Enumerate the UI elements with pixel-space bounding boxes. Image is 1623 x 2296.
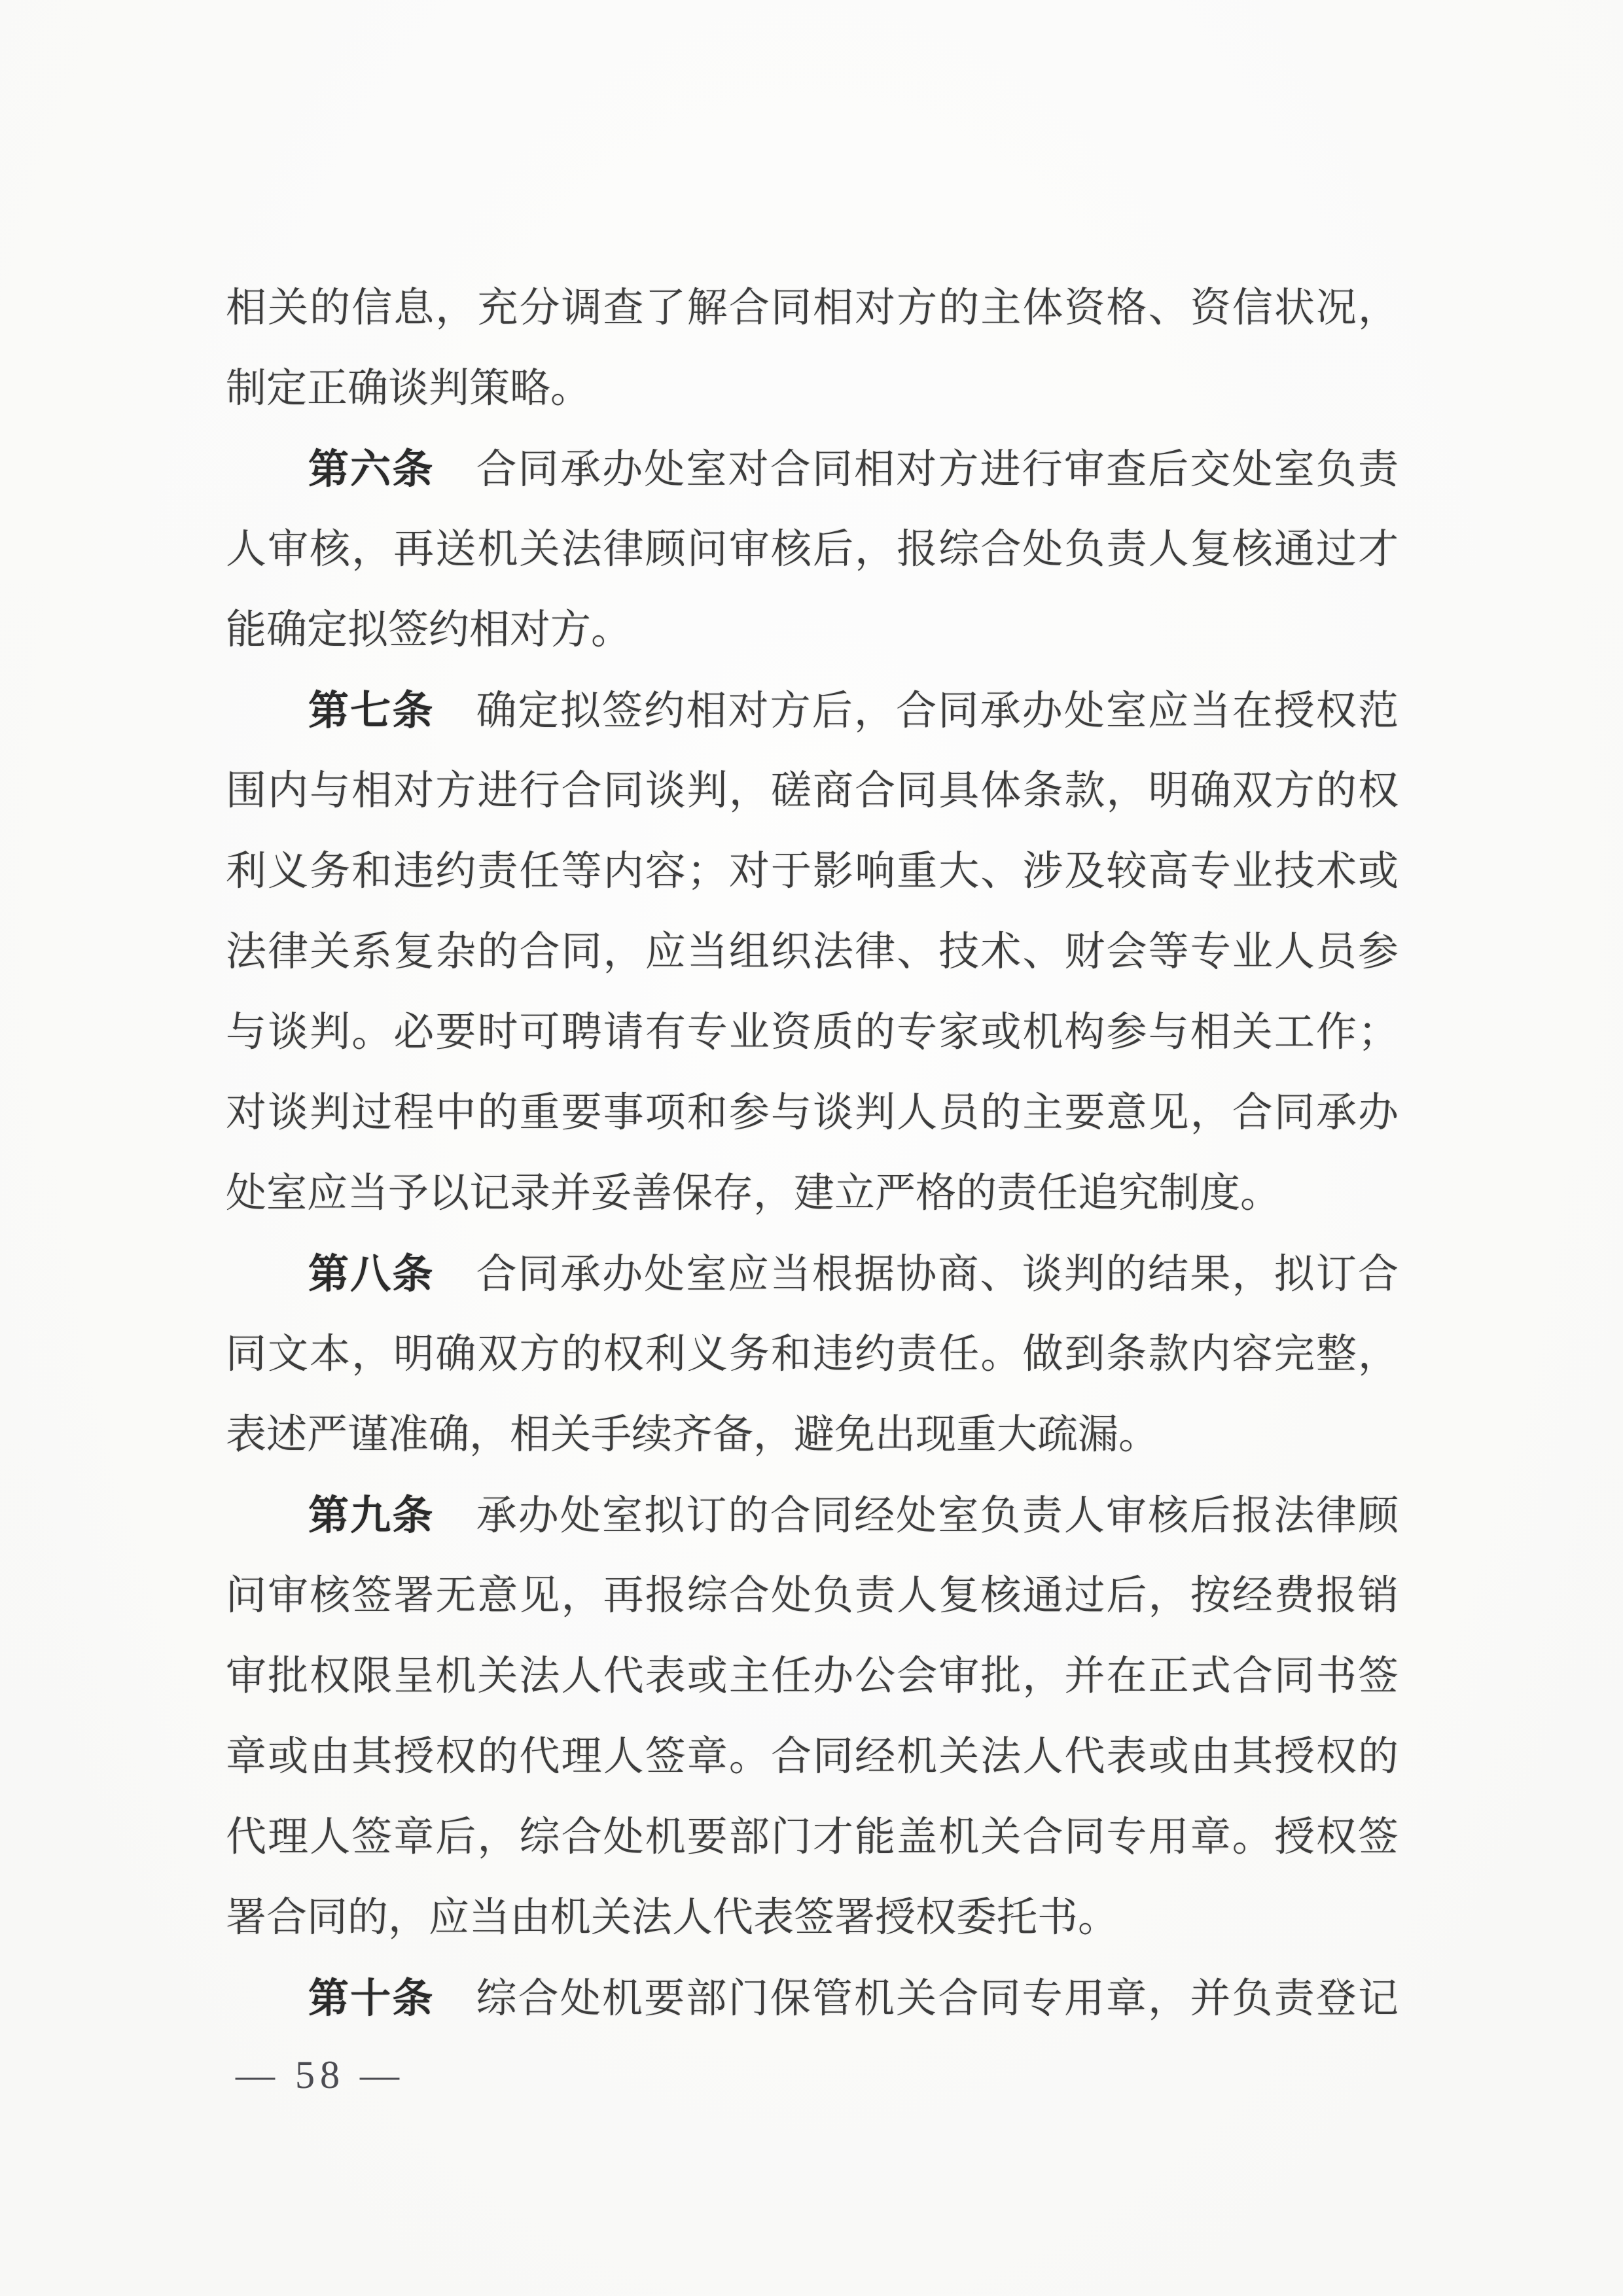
text-line: 处室应当予以记录并妥善保存，建立严格的责任追究制度。 xyxy=(226,1154,1399,1234)
text-line: 问审核签署无意见，再报综合处负责人复核通过后，按经费报销 xyxy=(226,1556,1399,1636)
text-line: 与谈判。必要时可聘请有专业资质的专家或机构参与相关工作； xyxy=(226,993,1399,1073)
line-text: 合同承办处室应当根据协商、谈判的结果，拟订合 xyxy=(476,1252,1399,1297)
line-text: 承办处室拟订的合同经处室负责人审核后报法律顾 xyxy=(476,1494,1399,1538)
text-line: 第六条合同承办处室对合同相对方进行审查后交处室负责 xyxy=(226,429,1399,510)
page-number-footer: — 58 — xyxy=(236,2051,404,2099)
text-line: 署合同的，应当由机关法人代表签署授权委托书。 xyxy=(226,1878,1399,1958)
text-line: 第八条合同承办处室应当根据协商、谈判的结果，拟订合 xyxy=(226,1234,1399,1315)
text-line: 第十条综合处机要部门保管机关合同专用章，并负责登记 xyxy=(226,1958,1399,2039)
article-number: 第六条 xyxy=(308,447,435,492)
body-text: 相关的信息，充分调查了解合同相对方的主体资格、资信状况， 制定正确谈判策略。 第… xyxy=(226,268,1399,2039)
line-text: 综合处机要部门保管机关合同专用章，并负责登记 xyxy=(476,1977,1399,2021)
article-number: 第十条 xyxy=(308,1976,435,2021)
text-line: 代理人签章后，综合处机要部门才能盖机关合同专用章。授权签 xyxy=(226,1797,1399,1878)
text-line: 章或由其授权的代理人签章。合同经机关法人代表或由其授权的 xyxy=(226,1717,1399,1797)
text-line: 人审核，再送机关法律顾问审核后，报综合处负责人复核通过才 xyxy=(226,510,1399,590)
text-line: 利义务和违约责任等内容；对于影响重大、涉及较高专业技术或 xyxy=(226,832,1399,912)
line-text: 确定拟签约相对方后，合同承办处室应当在授权范 xyxy=(476,689,1399,733)
text-line: 审批权限呈机关法人代表或主任办公会审批，并在正式合同书签 xyxy=(226,1636,1399,1717)
text-line: 表述严谨准确，相关手续齐备，避免出现重大疏漏。 xyxy=(226,1395,1399,1475)
text-line: 同文本，明确双方的权利义务和违约责任。做到条款内容完整， xyxy=(226,1315,1399,1395)
text-line: 第七条确定拟签约相对方后，合同承办处室应当在授权范 xyxy=(226,671,1399,751)
text-line: 对谈判过程中的重要事项和参与谈判人员的主要意见，合同承办 xyxy=(226,1073,1399,1154)
text-line: 第九条承办处室拟订的合同经处室负责人审核后报法律顾 xyxy=(226,1475,1399,1556)
article-number: 第九条 xyxy=(308,1493,435,1538)
text-line: 相关的信息，充分调查了解合同相对方的主体资格、资信状况， xyxy=(226,268,1399,349)
scanned-document-page: 相关的信息，充分调查了解合同相对方的主体资格、资信状况， 制定正确谈判策略。 第… xyxy=(0,0,1623,2296)
article-number: 第七条 xyxy=(308,688,435,733)
article-number: 第八条 xyxy=(308,1252,435,1297)
line-text: 合同承办处室对合同相对方进行审查后交处室负责 xyxy=(476,448,1399,492)
text-line: 围内与相对方进行合同谈判，磋商合同具体条款，明确双方的权 xyxy=(226,751,1399,832)
text-line: 能确定拟签约相对方。 xyxy=(226,590,1399,671)
text-line: 法律关系复杂的合同，应当组织法律、技术、财会等专业人员参 xyxy=(226,912,1399,993)
text-line: 制定正确谈判策略。 xyxy=(226,349,1399,429)
